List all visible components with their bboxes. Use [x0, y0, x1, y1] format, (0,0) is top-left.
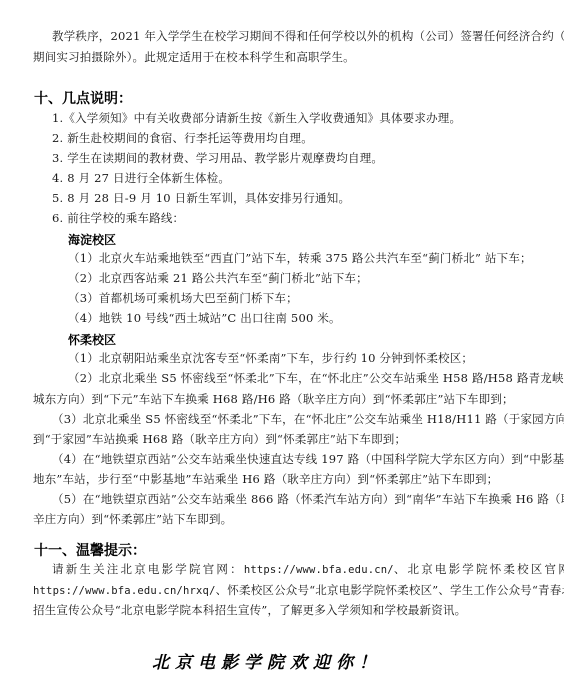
- haidian-route-1: （1）北京火车站乘地铁至“西直门”站下车，转乘 375 路公共汽车至“蓟门桥北”…: [68, 251, 532, 265]
- note-item-1: 1.《入学须知》中有关收费部分请新生按《新生入学收费通知》具体要求办理。: [52, 111, 461, 125]
- note-item-4: 4. 8 月 27 日进行全体新生体检。: [52, 171, 230, 185]
- section-11-heading: 十一、温馨提示：: [34, 540, 146, 560]
- haidian-route-2: （2）北京西客站乘 21 路公共汽车至“蓟门桥北”站下车；: [68, 271, 368, 285]
- tips-prefix: 请新生关注北京电影学院官网：: [52, 562, 244, 576]
- huairou-route-4b: 地东”车站，步行至“中影基地”车站乘坐 H6 路（耿辛庄方向）到“怀柔郭庄”站下…: [33, 472, 498, 486]
- note-item-6: 6. 前往学校的乘车路线：: [52, 211, 184, 225]
- section-10-heading: 十、几点说明：: [34, 88, 132, 108]
- huairou-campus-title: 怀柔校区: [68, 331, 116, 348]
- huairou-route-5b: 辛庄方向）到“怀柔郭庄”站下车即到。: [33, 512, 232, 526]
- haidian-campus-title: 海淀校区: [68, 231, 116, 248]
- official-site-link[interactable]: https://www.bfa.edu.cn/: [244, 564, 394, 576]
- tips-line-1: 请新生关注北京电影学院官网：https://www.bfa.edu.cn/、北京…: [52, 562, 564, 577]
- huairou-route-2a: （2）北京北乘坐 S5 怀密线至“怀柔北”下车，在“怀北庄”公交车站乘坐 H58…: [68, 371, 564, 385]
- huairou-route-4a: （4）在“地铁望京西站”公交车站乘坐快速直达专线 197 路（中国科学院大学东区…: [52, 452, 564, 466]
- huairou-route-1: （1）北京朝阳站乘坐京沈客专至“怀柔南”下车，步行约 10 分钟到怀柔校区；: [68, 351, 473, 365]
- tips-accounts: 、怀柔校区公众号“北京电影学院怀柔校区”、学生工作公众号“青春北影”、: [216, 583, 564, 597]
- haidian-route-3: （3）首都机场可乘机场大巴至蓟门桥下车；: [68, 291, 298, 305]
- tips-line-3: 招生宣传公众号“北京电影学院本科招生宣传”，了解更多入学须知和学校最新资讯。: [33, 603, 466, 617]
- huairou-route-3a: （3）北京北乘坐 S5 怀密线至“怀柔北”下车，在“怀北庄”公交车站乘坐 H18…: [52, 412, 564, 426]
- huairou-route-2b: 城东方向）到“下元”车站下车换乘 H68 路/H6 路（耿辛庄方向）到“怀柔郭庄…: [33, 392, 514, 406]
- huairou-site-link[interactable]: https://www.bfa.edu.cn/hrxq/: [33, 585, 216, 597]
- closing-signature: 北京电影学院欢迎你！: [152, 648, 382, 673]
- intro-line-2: 期间实习拍摄除外）。此规定适用于在校本科学生和高职学生。: [33, 50, 355, 64]
- huairou-route-5a: （5）在“地铁望京西站”公交车站乘坐 866 路（怀柔汽车站方向）到“南华”车站…: [52, 492, 564, 506]
- intro-line-1: 教学秩序，2021 年入学学生在校学习期间不得和任何学校以外的机构（公司）签署任…: [52, 29, 564, 43]
- note-item-5: 5. 8 月 28 日-9 月 10 日新生军训，具体安排另行通知。: [52, 191, 350, 205]
- note-item-2: 2. 新生赴校期间的食宿、行李托运等费用均自理。: [52, 131, 313, 145]
- haidian-route-4: （4）地铁 10 号线“西土城站”C 出口往南 500 米。: [68, 311, 341, 325]
- tips-line-2: https://www.bfa.edu.cn/hrxq/、怀柔校区公众号“北京电…: [33, 583, 564, 598]
- huairou-route-3b: 到“于家园”车站换乘 H68 路（耿辛庄方向）到“怀柔郭庄”站下车即到；: [33, 432, 406, 446]
- tips-mid: 、北京电影学院怀柔校区官网：: [394, 562, 564, 576]
- note-item-3: 3. 学生在读期间的教材费、学习用品、教学影片观摩费均自理。: [52, 151, 383, 165]
